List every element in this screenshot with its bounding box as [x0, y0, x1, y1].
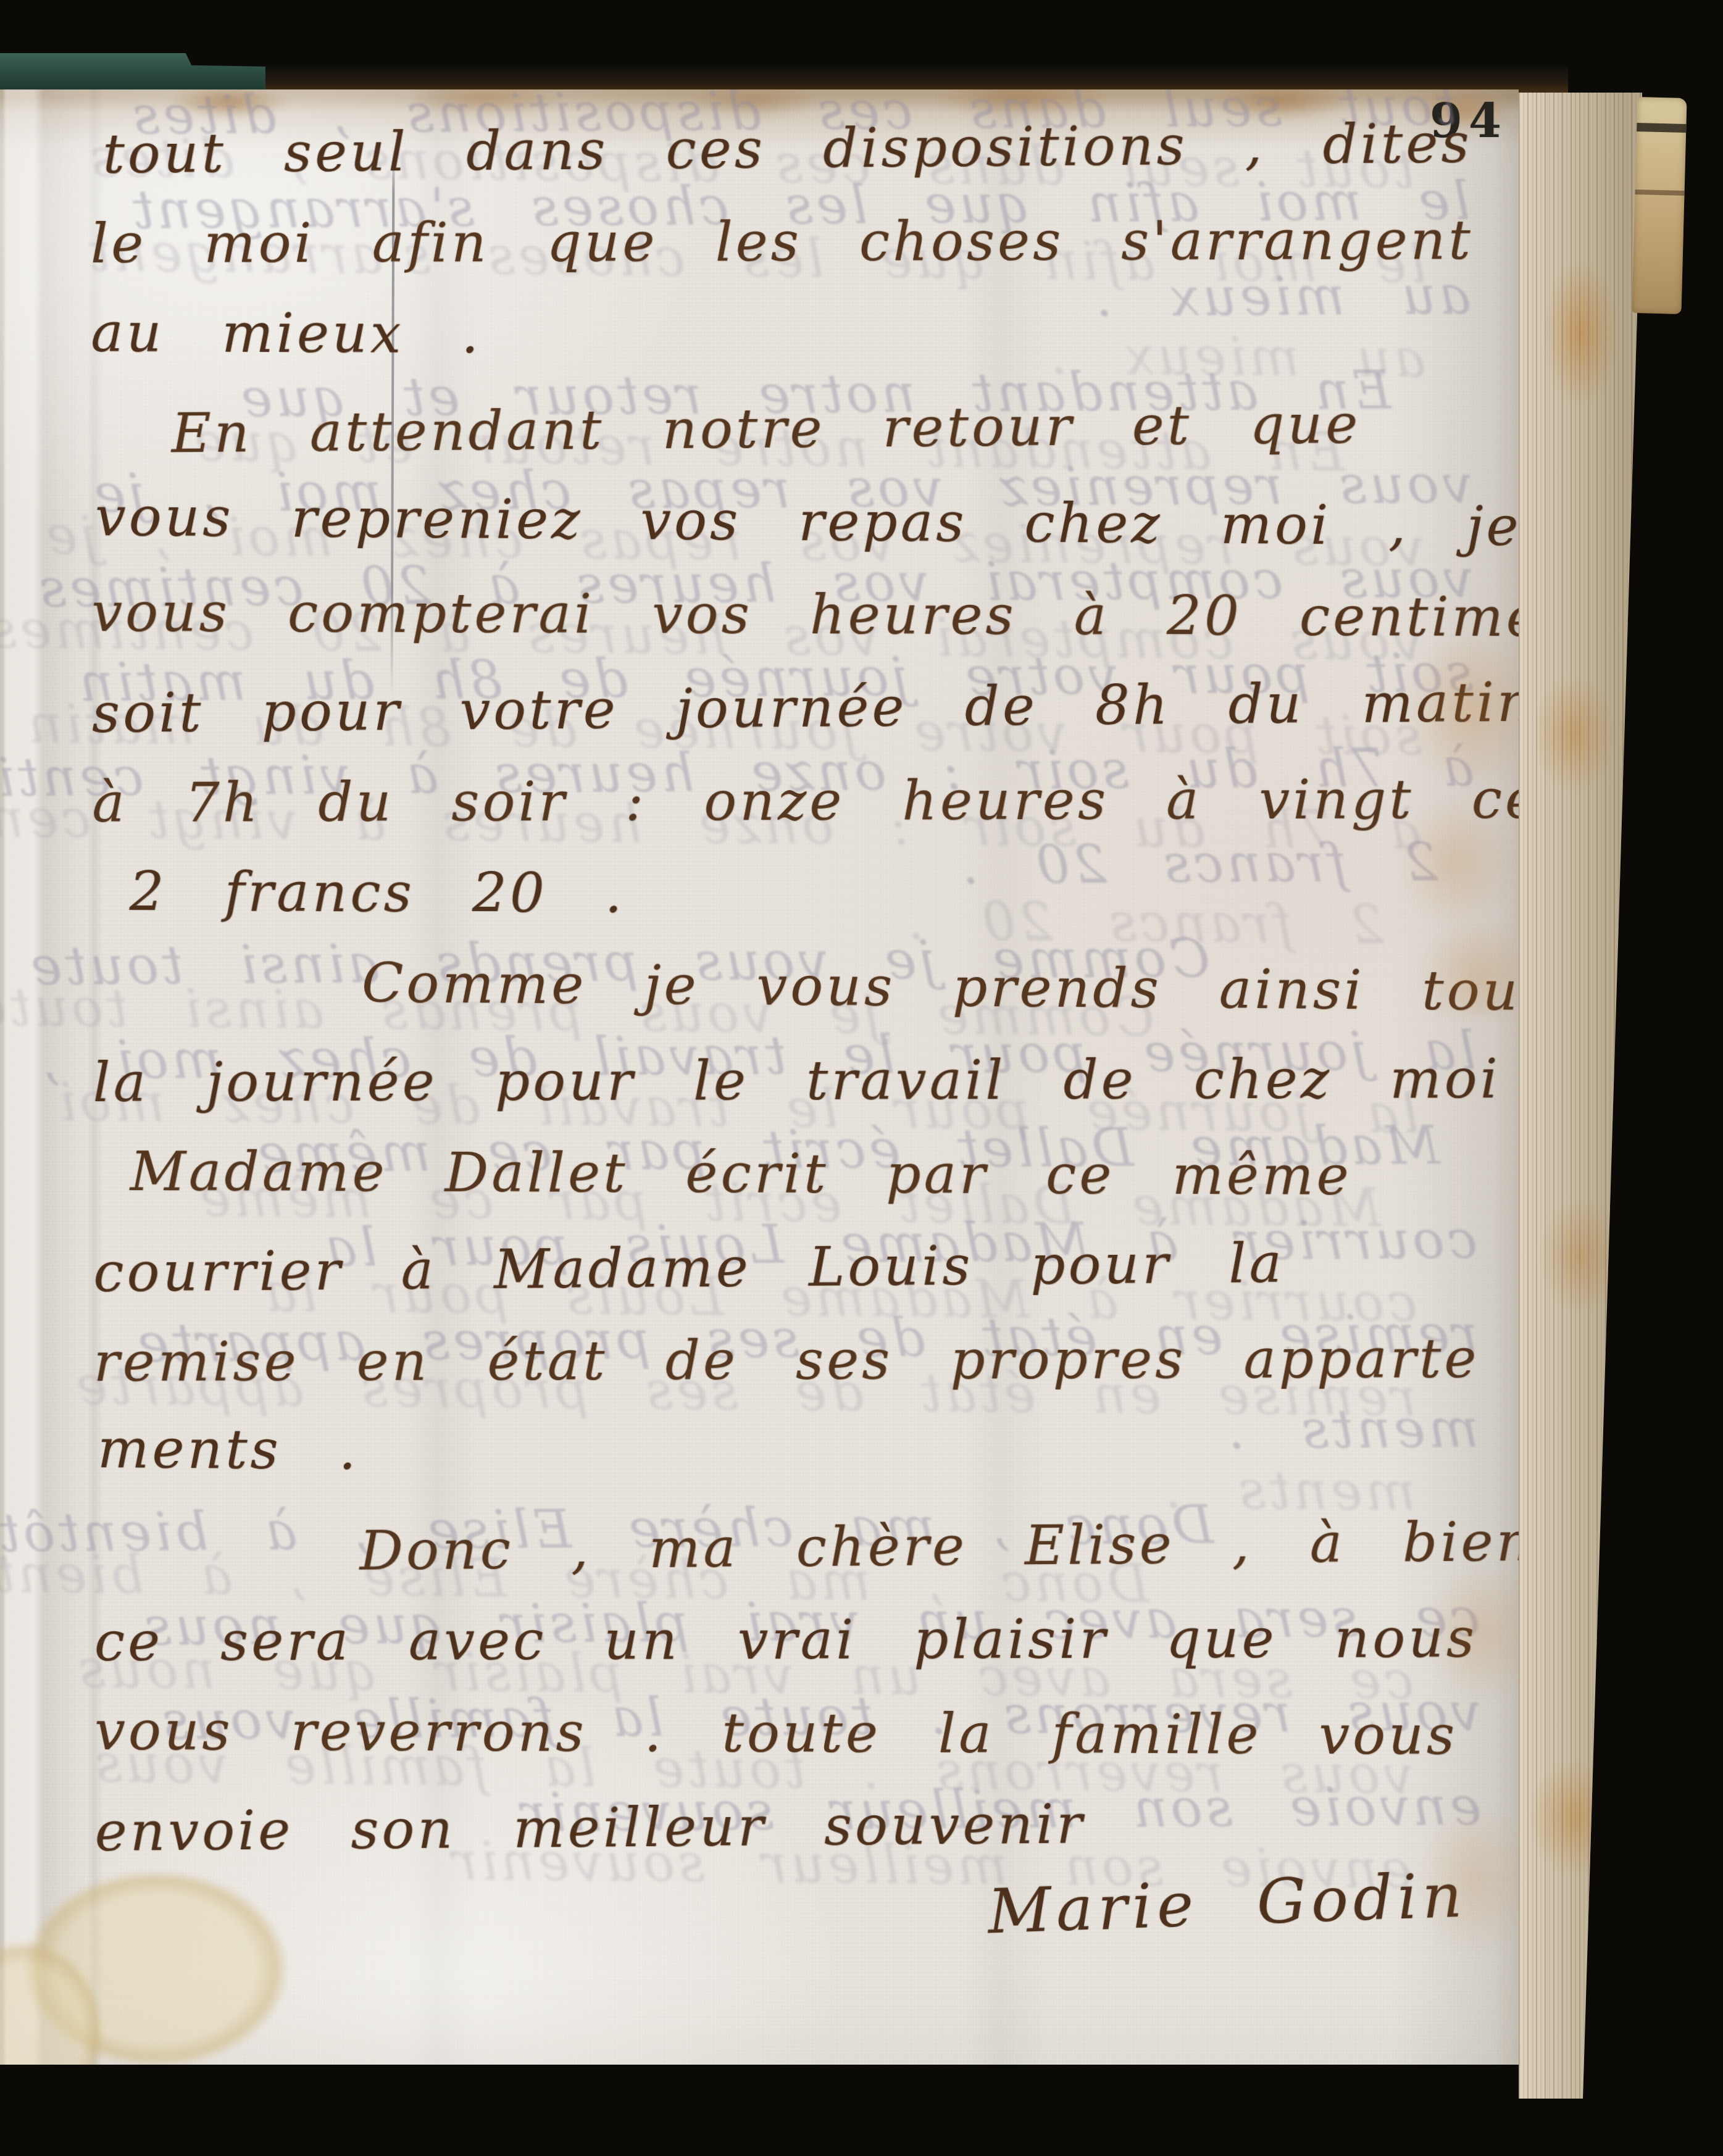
green-cloth-binding [0, 53, 290, 94]
handwriting-line: à 7h du soir : onze heures à vingt centi… [92, 752, 1507, 849]
foxing-stain-right-lower [1377, 1509, 1519, 2003]
handwriting-line: vous reverrons . toute la famille vous [94, 1684, 1510, 1782]
handwriting-line: vous compterai vos heures à 20 centimes [91, 565, 1507, 664]
letter-body: tout seul dans ces dispositions , ditesl… [90, 100, 1510, 1875]
photo-of-open-book: 94 tout seul dans ces dispositions , dit… [0, 0, 1723, 2156]
index-tab [1632, 97, 1687, 314]
handwriting-line: ce sera avec un vrai plaisir que nous [94, 1591, 1509, 1688]
handwriting-line: soit pour votre journée de 8h du matin [91, 656, 1507, 760]
handwriting-line: courrier à Madame Louis pour la [93, 1215, 1509, 1319]
handwriting-line: la journée pour le travail de chez moi , [93, 1032, 1508, 1129]
handwriting-line: ments . [97, 1402, 1512, 1505]
manuscript-page: 94 tout seul dans ces dispositions , dit… [0, 89, 1519, 2065]
handwriting-line: En attendant notre retour et que [171, 376, 1506, 480]
handwriting-line: 2 francs 20 . [129, 845, 1508, 943]
handwriting-line: vous repreniez vos repas chez moi , je [95, 470, 1511, 573]
handwriting-line: remise en état de ses propres apparte [93, 1312, 1508, 1409]
handwriting-line: le moi afin que les choses s'arrangent [91, 193, 1506, 290]
foxing-stain-right-middle [1358, 633, 1519, 1015]
handwriting-line: Donc , ma chère Elise , à bientôt [359, 1495, 1509, 1597]
handwriting-line: envoie son meilleur souvenir [94, 1774, 1510, 1878]
handwriting-line: Comme je vous prends ainsi toute [361, 936, 1511, 1038]
handwriting-line: Madame Dallet écrit par ce même [130, 1125, 1509, 1223]
handwriting-line: au mieux . [91, 286, 1506, 384]
fore-edge-pages [1519, 93, 1642, 2099]
handwriting-line: tout seul dans ces dispositions , dites [102, 96, 1506, 201]
